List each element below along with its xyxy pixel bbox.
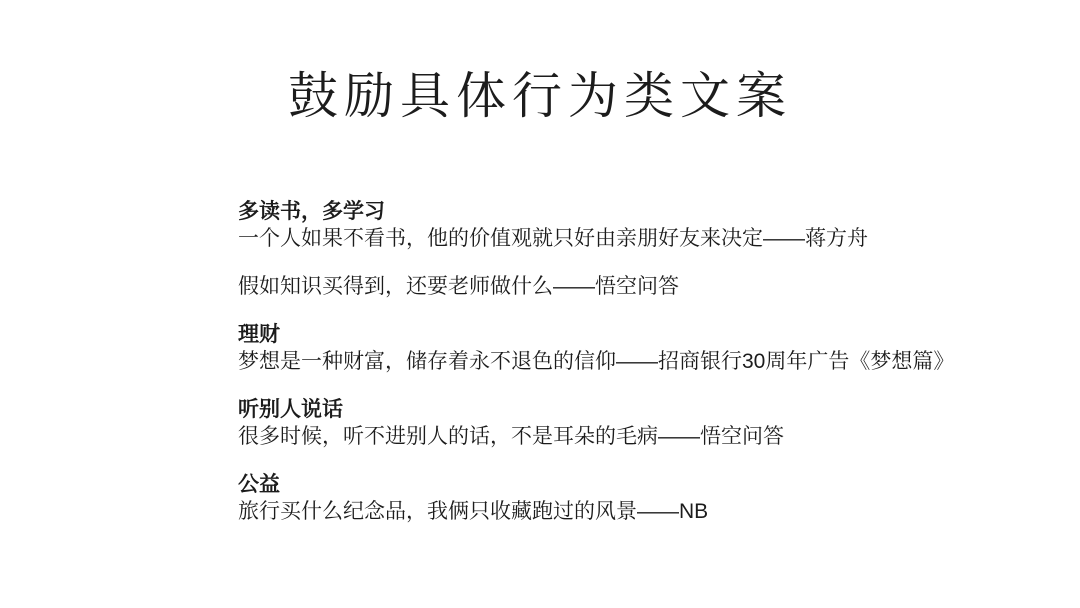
quote-line: 梦想是一种财富，储存着永不退色的信仰——招商银行30周年广告《梦想篇》	[238, 348, 998, 375]
quote-line: 一个人如果不看书，他的价值观就只好由亲朋好友来决定——蒋方舟	[238, 225, 998, 252]
copy-list: 多读书，多学习 一个人如果不看书，他的价值观就只好由亲朋好友来决定——蒋方舟 假…	[238, 198, 998, 546]
copy-section-reading: 多读书，多学习 一个人如果不看书，他的价值观就只好由亲朋好友来决定——蒋方舟 假…	[238, 198, 998, 300]
section-heading: 多读书，多学习	[238, 198, 998, 225]
section-heading: 公益	[238, 471, 998, 498]
page-title: 鼓励具体行为类文案	[0, 56, 1080, 128]
quote-line: 假如知识买得到，还要老师做什么——悟空问答	[238, 273, 998, 300]
copy-section-charity: 公益 旅行买什么纪念品，我俩只收藏跑过的风景——NB	[238, 471, 998, 525]
section-heading: 听别人说话	[238, 396, 998, 423]
section-heading: 理财	[238, 321, 998, 348]
copy-section-listening: 听别人说话 很多时候，听不进别人的话，不是耳朵的毛病——悟空问答	[238, 396, 998, 450]
quote-line: 很多时候，听不进别人的话，不是耳朵的毛病——悟空问答	[238, 423, 998, 450]
quote-line: 旅行买什么纪念品，我俩只收藏跑过的风景——NB	[238, 498, 998, 525]
copy-section-finance: 理财 梦想是一种财富，储存着永不退色的信仰——招商银行30周年广告《梦想篇》	[238, 321, 998, 375]
slide-page: 鼓励具体行为类文案 多读书，多学习 一个人如果不看书，他的价值观就只好由亲朋好友…	[0, 0, 1080, 608]
